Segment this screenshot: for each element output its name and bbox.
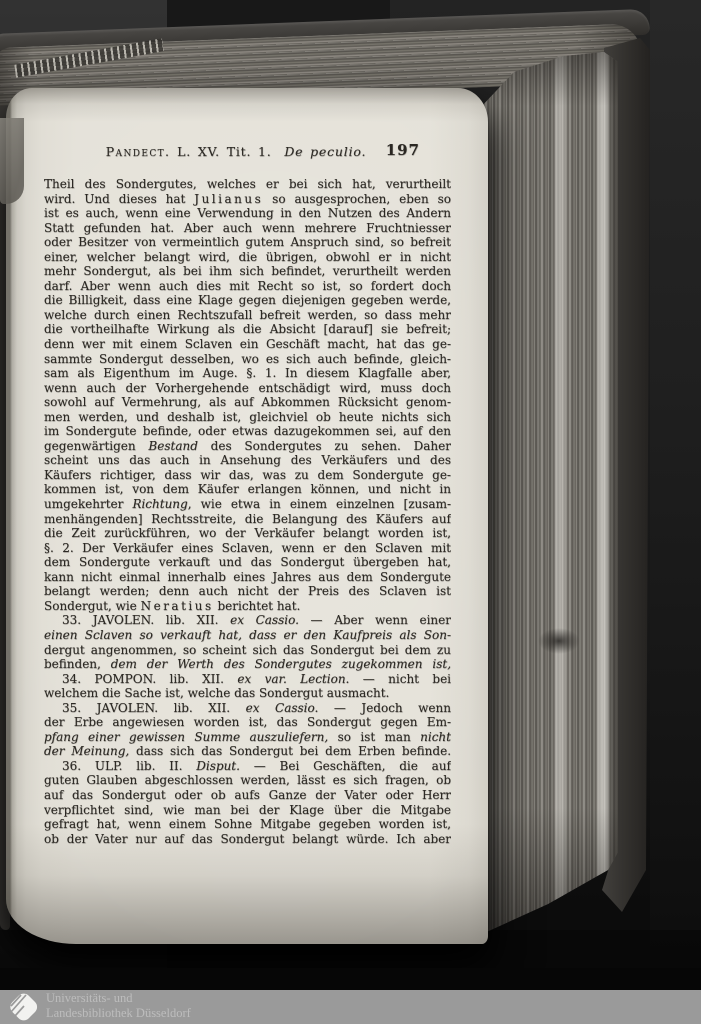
text-line: scheint uns das auch in Ansehung des Ver… <box>44 453 451 468</box>
text-line: welchem die Sache ist, welche das Sonder… <box>44 686 451 701</box>
running-title-abbrev: Pandect. <box>106 144 171 159</box>
text-line: die Billigkeit, dass eine Klage gegen di… <box>44 293 451 308</box>
text-line: einer, welcher belangt wird, die übrigen… <box>44 250 451 265</box>
text-line: sammte Sondergut desselben, wo es sich a… <box>44 352 451 367</box>
text-line: men werden, und deshalb ist, gleichviel … <box>44 410 451 425</box>
background-right-column <box>650 0 701 990</box>
book-fore-edge-pages <box>478 46 620 942</box>
text-line: ist es auch, wenn eine Verwendung in den… <box>44 206 451 221</box>
text-line: denn wer mit einem Sclaven ein Geschäft … <box>44 337 451 352</box>
text-line: Theil des Sondergutes, welches er bei si… <box>44 177 451 192</box>
ulb-duesseldorf-logo-icon <box>2 986 44 1024</box>
text-line: wenn auch der Vorhergehende entschädigt … <box>44 381 451 396</box>
library-name: Universitäts- und Landesbibliothek Düsse… <box>46 991 446 1021</box>
text-line: welche durch einen Rechtszufall befreit … <box>44 308 451 323</box>
text-line: 35. JAVOLEN. lib. XII. ex Cassio. — Jedo… <box>44 701 451 716</box>
footer-separator <box>0 968 701 990</box>
text-line: mehr Sondergut, als bei ihm sich befinde… <box>44 264 451 279</box>
text-line: kommen ist, von dem Käufer erlangen könn… <box>44 482 451 497</box>
text-line: 36. ULP. lib. II. Disput. — Bei Geschäft… <box>44 759 451 774</box>
text-line: befinden, dem der Werth des Sondergutes … <box>44 657 451 672</box>
library-name-line1: Universitäts- und <box>46 991 446 1006</box>
text-line: die Zeit zurückführen, wo der Verkäufer … <box>44 526 451 541</box>
text-line: gefragt hat, wenn einem Sohne Mitgabe ge… <box>44 817 451 832</box>
text-line: pfang einer gewissen Summe auszuliefern,… <box>44 730 451 745</box>
text-line: belangt werden; denn auch nicht der Prei… <box>44 584 451 599</box>
text-line: sowohl auf Vermehrung, als auf Abkommen … <box>44 395 451 410</box>
text-line: ob der Vater nur auf das Sondergut belan… <box>44 832 451 847</box>
text-line: Statt gefunden hat. Aber auch wenn mehre… <box>44 221 451 236</box>
book-scan-photo: Pandect. L. XV. Tit. 1. De peculio. 197 … <box>0 0 701 1024</box>
library-footer-bar: Universitäts- und Landesbibliothek Düsse… <box>0 990 701 1024</box>
library-name-line2: Landesbibliothek Düsseldorf <box>46 1006 446 1021</box>
running-title-citation: L. XV. Tit. 1. <box>177 144 271 159</box>
text-line: dergut angenommen, so scheint sich das S… <box>44 643 451 658</box>
text-line: 34. POMPON. lib. XII. ex var. Lection. —… <box>44 672 451 687</box>
page-corner-curl <box>0 118 24 204</box>
text-line: verpflichtet sind, wie man bei der Klage… <box>44 803 451 818</box>
text-line: kann nicht einmal innerhalb eines Jahres… <box>44 570 451 585</box>
text-line: dem Sondergute verkauft und das Sondergu… <box>44 555 451 570</box>
text-line: oder Besitzer von vermeintlich gutem Ans… <box>44 235 451 250</box>
running-header: Pandect. L. XV. Tit. 1. De peculio. 197 <box>50 144 422 164</box>
text-line: im Sondergute befinde, oder etwas dazuge… <box>44 424 451 439</box>
text-line: menhängenden] Rechtsstreite, die Belangu… <box>44 512 451 527</box>
text-line: Sondergut, wie Neratius berichtet hat. <box>44 599 451 614</box>
text-line: 33. JAVOLEN. lib. XII. ex Cassio. — Aber… <box>44 613 451 628</box>
fore-edge-smudge <box>538 628 580 654</box>
text-line: auf das Sondergut oder ob aufs Ganze der… <box>44 788 451 803</box>
text-line: guten Glauben abgeschlossen werden, läss… <box>44 773 451 788</box>
text-line: sam als Eigenthum im Auge. §. 1. In dies… <box>44 366 451 381</box>
body-text: Theil des Sondergutes, welches er bei si… <box>44 177 451 853</box>
text-line: darf. Aber wenn auch dies mit Recht so i… <box>44 279 451 294</box>
text-line: §. 2. Der Verkäufer eines Sclaven, wenn … <box>44 541 451 556</box>
page-number: 197 <box>386 141 420 159</box>
text-line: umgekehrter Richtung, wie etwa in einem … <box>44 497 451 512</box>
text-line: der Meinung, dass sich das Sondergut bei… <box>44 744 451 759</box>
text-line: Käufers richtiger, dass wir das, was zu … <box>44 468 451 483</box>
text-line: gegenwärtigen Bestand des Sondergutes zu… <box>44 439 451 454</box>
text-line: einen Sclaven so verkauft hat, dass er d… <box>44 628 451 643</box>
text-line: der Erbe angewiesen worden ist, das Sond… <box>44 715 451 730</box>
text-line: die vortheilhafte Wirkung als die Absich… <box>44 322 451 337</box>
text-line: wird. Und dieses hat Julianus so ausgesp… <box>44 192 451 207</box>
running-title-latin: De peculio. <box>284 144 366 159</box>
